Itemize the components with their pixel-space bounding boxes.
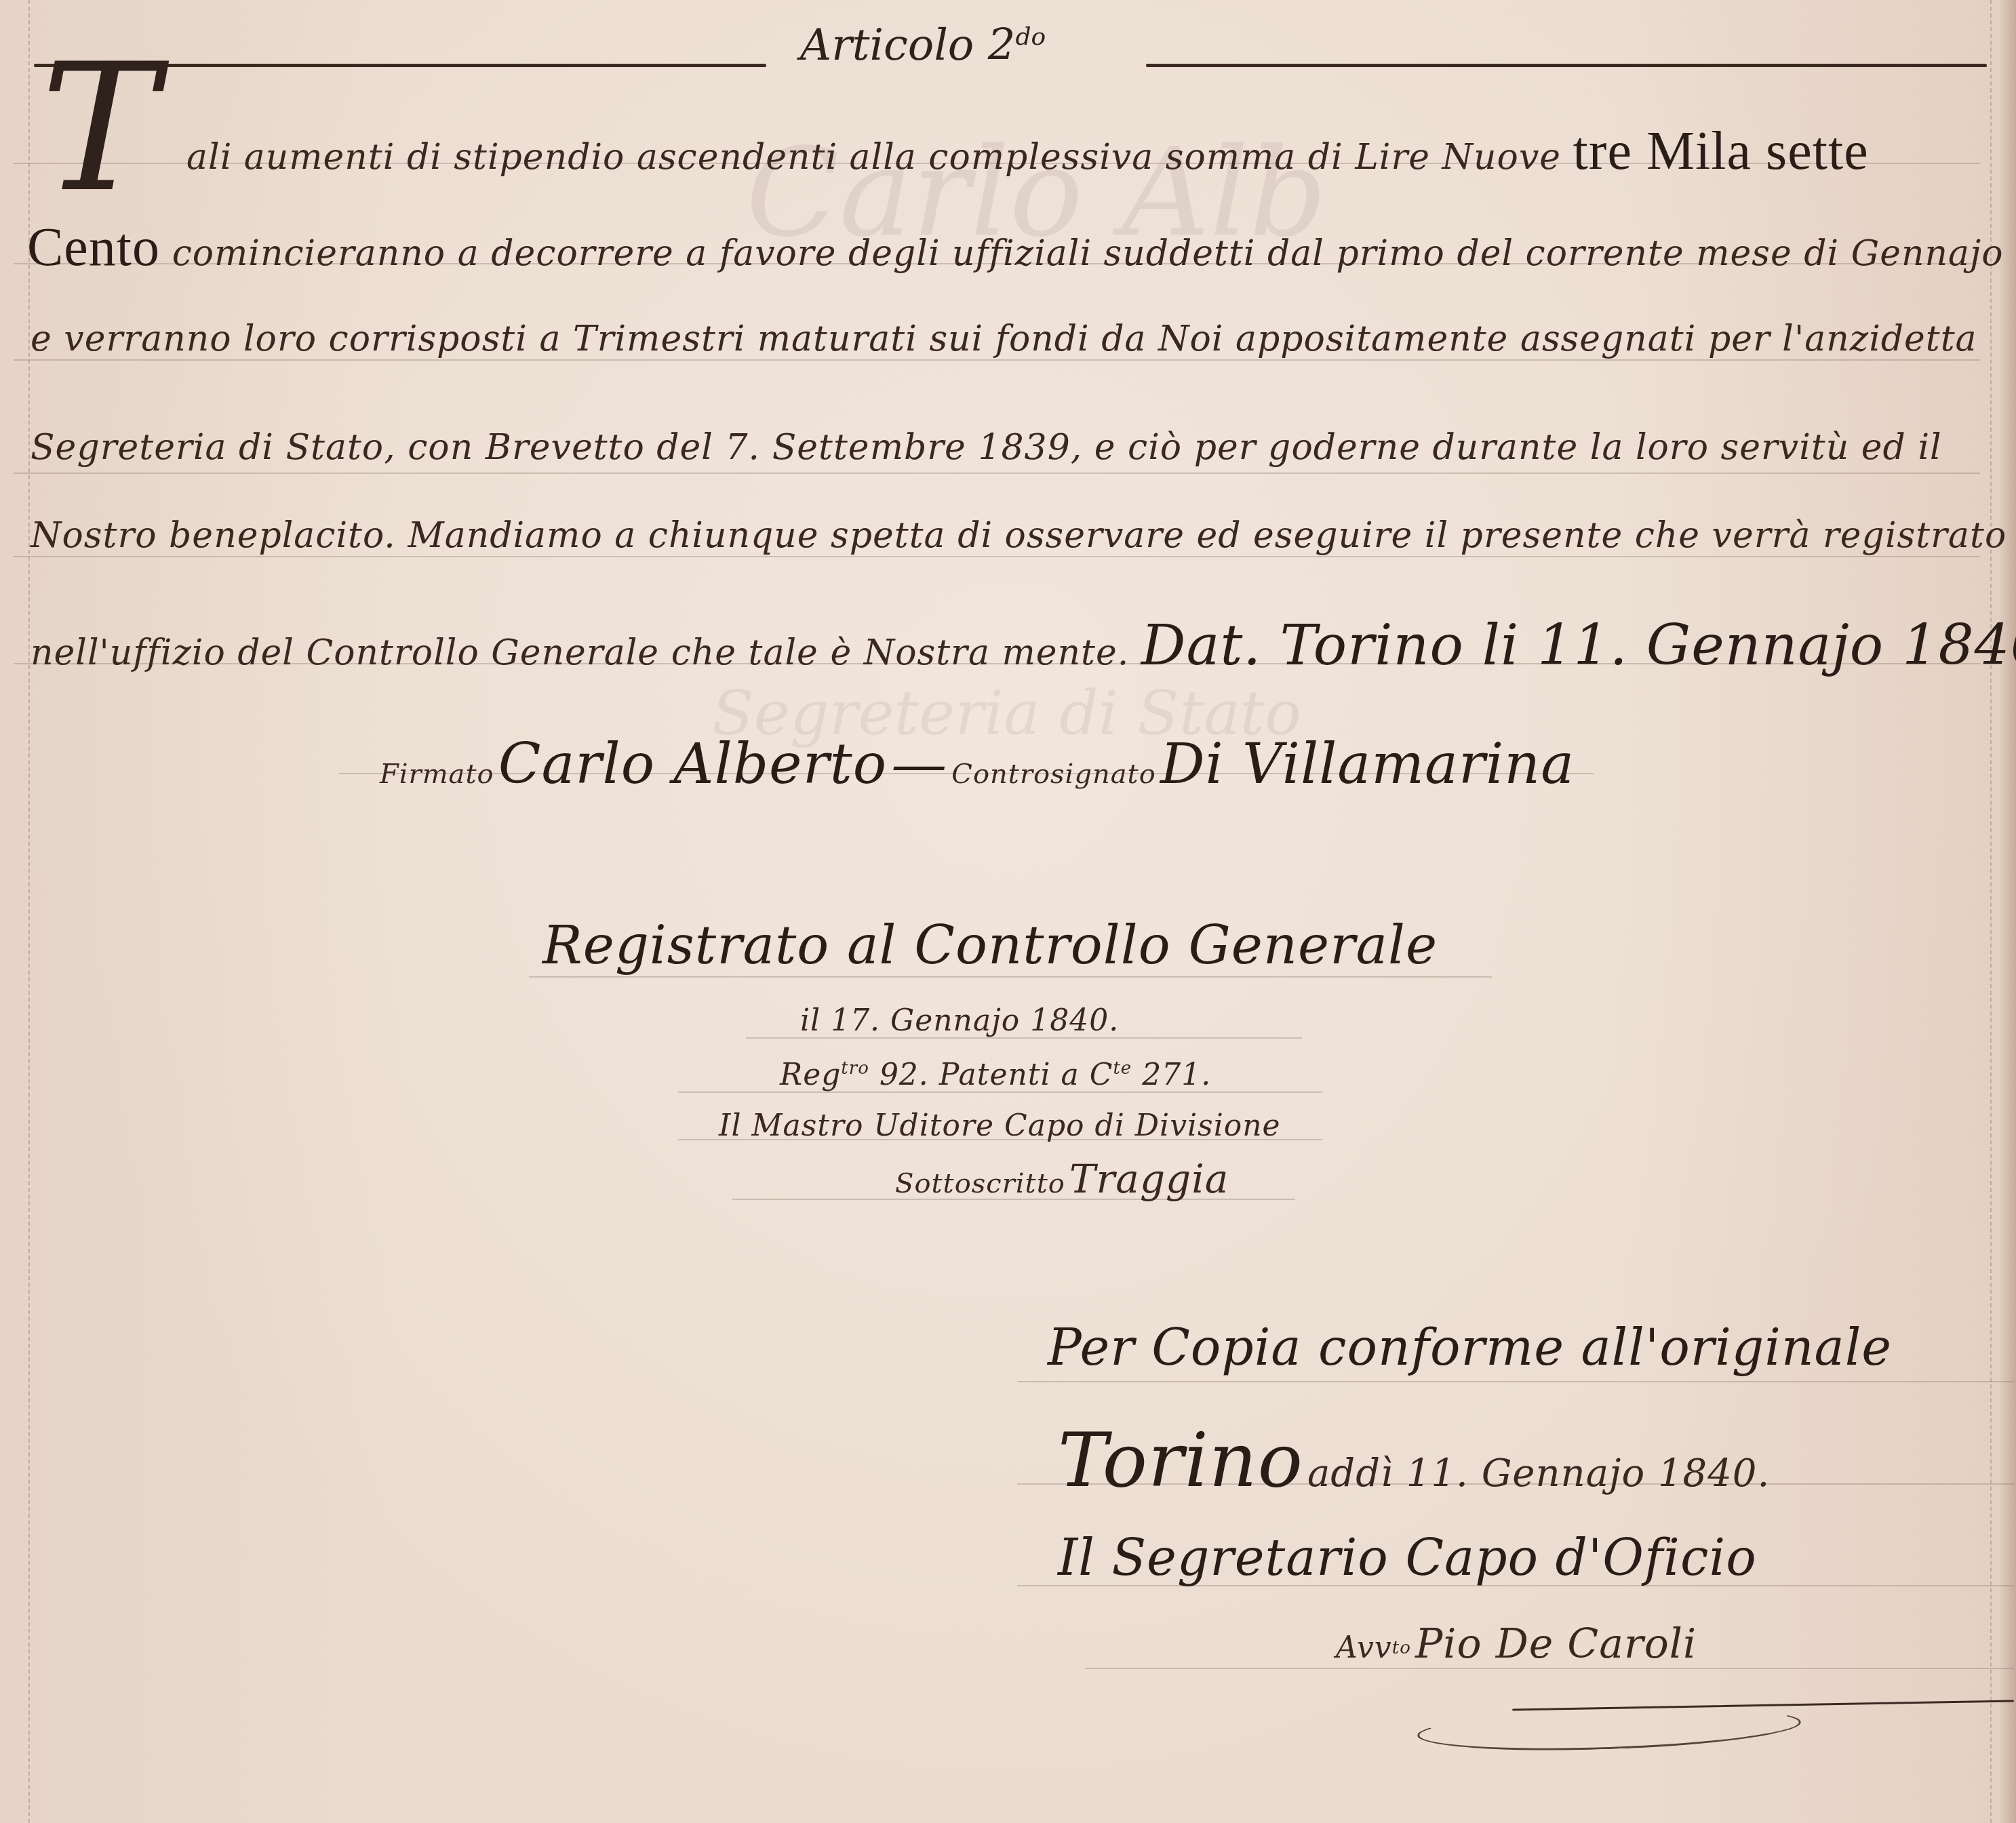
amount-emphasis: Cento	[27, 218, 160, 277]
carte-number: 271.	[1142, 1058, 1211, 1092]
amount-emphasis: tre Mila sette	[1573, 121, 1869, 181]
signatory-prefix-sup: to	[1392, 1638, 1411, 1658]
signatory-name: Pio De Caroli	[1415, 1620, 1697, 1668]
heading-number: 2	[988, 20, 1016, 71]
ruled-line	[14, 556, 1980, 557]
body-line-text: nell'uffizio del Controllo Generale che …	[31, 633, 1129, 673]
signature-flourish	[1417, 1702, 1802, 1756]
document-page: Carlo Alb Segreteria di Stato Articolo 2…	[0, 0, 2016, 1823]
countersigned-label: Controsignato	[951, 759, 1155, 790]
body-line-text: Segreteria di Stato, con Brevetto del 7.…	[31, 427, 1942, 468]
body-line-text: e verranno loro corrisposti a Trimestri …	[31, 319, 1977, 359]
body-line-text: ali aumenti di stipendio ascendenti alla…	[186, 137, 1561, 178]
certification-place: Torino	[1058, 1417, 1303, 1504]
ruled-line	[14, 359, 1980, 361]
signature-line: Firmato Carlo Alberto — Controsignato Di…	[380, 732, 1575, 797]
certification-date: addì 11. Gennajo 1840.	[1307, 1451, 1770, 1496]
subscribed-name: Traggia	[1069, 1156, 1229, 1202]
certification-line: Per Copia conforme all'originale	[1048, 1319, 1892, 1377]
heading-rule-right	[1146, 64, 1987, 67]
heading-label: Articolo	[800, 20, 974, 71]
body-line-text: Nostro beneplacito. Mandiamo a chiunque …	[31, 515, 2007, 556]
registration-title: Registrato al Controllo Generale	[542, 915, 1438, 976]
dash-separator: —	[891, 732, 947, 797]
body-line-6: nell'uffizio del Controllo Generale che …	[31, 614, 2016, 678]
registration-officer: Il Mastro Uditore Capo di Divisione	[719, 1108, 1281, 1143]
drop-cap-T: T	[41, 41, 158, 217]
carte-sup: te	[1113, 1058, 1132, 1079]
body-line-2: Cento comincieranno a decorrere a favore…	[27, 217, 2003, 279]
registration-subscription: Sottoscritto Traggia	[895, 1156, 1229, 1202]
countersigned-name: Di Villamarina	[1160, 732, 1575, 797]
body-line-3: e verranno loro corrisposti a Trimestri …	[31, 319, 1977, 359]
patenti-label: Patenti a C	[939, 1058, 1113, 1092]
signature-underline	[1512, 1700, 2014, 1711]
date-given: Dat. Torino li 11. Gennajo 1840.	[1141, 614, 2016, 678]
body-line-1: ali aumenti di stipendio ascendenti alla…	[186, 121, 1869, 182]
certification-role: Il Segretario Capo d'Oficio	[1058, 1529, 1757, 1587]
body-line-4: Segreteria di Stato, con Brevetto del 7.…	[31, 427, 1942, 468]
subscribed-label: Sottoscritto	[895, 1168, 1065, 1199]
certification-signatory: Avvto Pio De Caroli	[1336, 1620, 1697, 1668]
registration-date: il 17. Gennajo 1840.	[800, 1003, 1119, 1038]
ruled-line	[1017, 1381, 2014, 1382]
register-reference: Regtro 92. Patenti a Cte 271.	[780, 1058, 1211, 1092]
signed-name: Carlo Alberto	[498, 732, 887, 797]
ruled-line	[1085, 1668, 2014, 1669]
reg-abbr: Reg	[780, 1058, 841, 1092]
signed-label: Firmato	[380, 759, 494, 790]
reg-sup: tro	[841, 1058, 869, 1079]
ruled-line	[529, 976, 1492, 978]
article-heading: Articolo 2do	[800, 20, 1046, 71]
certification-place-date: Torino addì 11. Gennajo 1840.	[1058, 1417, 1770, 1504]
heading-ordinal: do	[1015, 23, 1046, 51]
ruled-line	[14, 473, 1980, 474]
body-line-5: Nostro beneplacito. Mandiamo a chiunque …	[31, 515, 2007, 556]
signatory-prefix: Avv	[1336, 1630, 1392, 1665]
reg-number: 92.	[879, 1058, 929, 1092]
body-line-text: comincieranno a decorrere a favore degli…	[172, 233, 2004, 274]
